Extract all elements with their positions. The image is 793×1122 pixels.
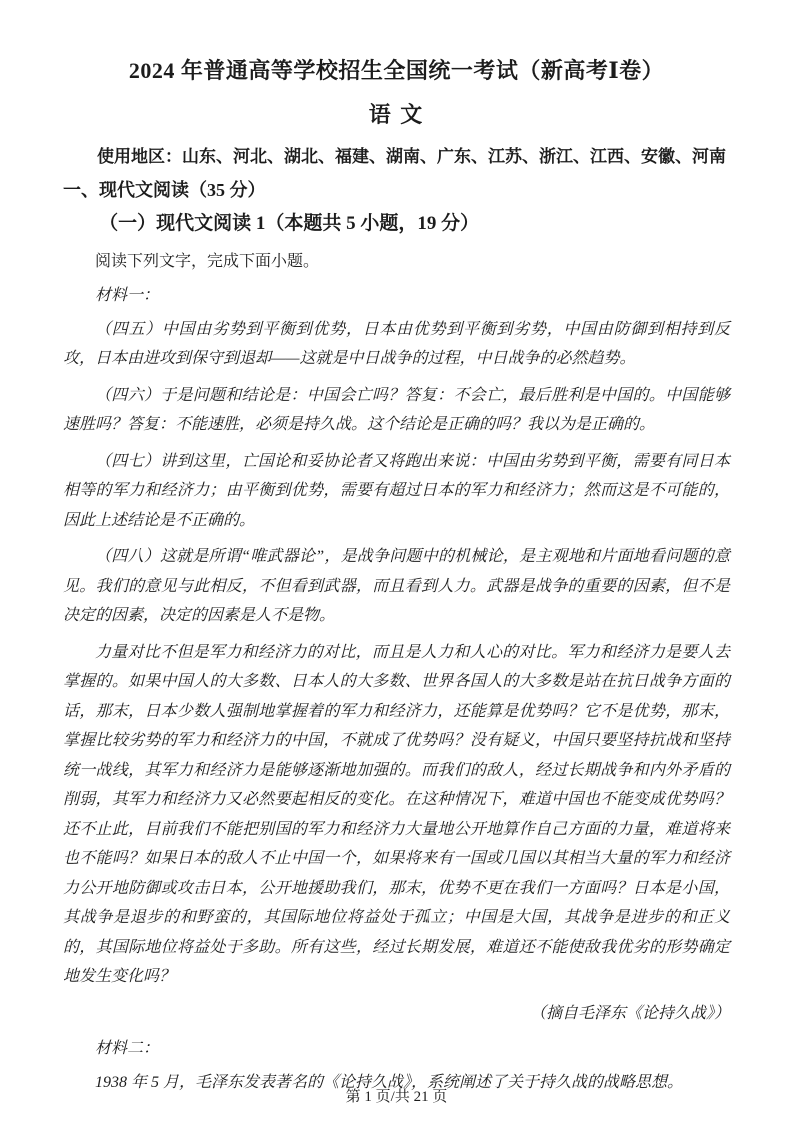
exam-document-page: 2024 年普通高等学校招生全国统一考试（新高考Ⅰ卷） 语 文 使用地区：山东、… <box>0 0 793 1122</box>
exam-title: 2024 年普通高等学校招生全国统一考试（新高考Ⅰ卷） <box>63 56 730 86</box>
material-paragraph: （四八）这就是所谓“唯武器论”，是战争问题中的机械论，是主观地和片面地看问题的意… <box>63 542 730 631</box>
page-number-footer: 第 1 页/共 21 页 <box>0 1085 793 1106</box>
material-paragraph: （四六）于是问题和结论是：中国会亡吗？答复：不会亡，最后胜利是中国的。中国能够速… <box>63 381 730 440</box>
source-attribution: （摘自毛泽东《论持久战》） <box>63 999 730 1028</box>
material-two-label: 材料二： <box>63 1034 730 1063</box>
subsection-heading-reading-1: （一）现代文阅读 1（本题共 5 小题，19 分） <box>63 209 730 239</box>
material-paragraph: （四七）讲到这里，亡国论和妥协论者又将跑出来说：中国由劣势到平衡，需要有同日本相… <box>63 447 730 536</box>
section-heading-modern-reading: 一、现代文阅读（35 分） <box>63 176 730 206</box>
reading-instruction: 阅读下列文字，完成下面小题。 <box>63 247 730 276</box>
applicable-regions-line: 使用地区：山东、河北、湖北、福建、湖南、广东、江苏、浙江、江西、安徽、河南 <box>63 144 730 170</box>
material-paragraph: 力量对比不但是军力和经济力的对比，而且是人力和人心的对比。军力和经济力是要人去掌… <box>63 638 730 992</box>
subject-title: 语 文 <box>63 100 730 130</box>
material-paragraph: （四五）中国由劣势到平衡到优势，日本由优势到平衡到劣势，中国由防御到相持到反攻，… <box>63 315 730 374</box>
material-one-label: 材料一： <box>63 281 730 310</box>
